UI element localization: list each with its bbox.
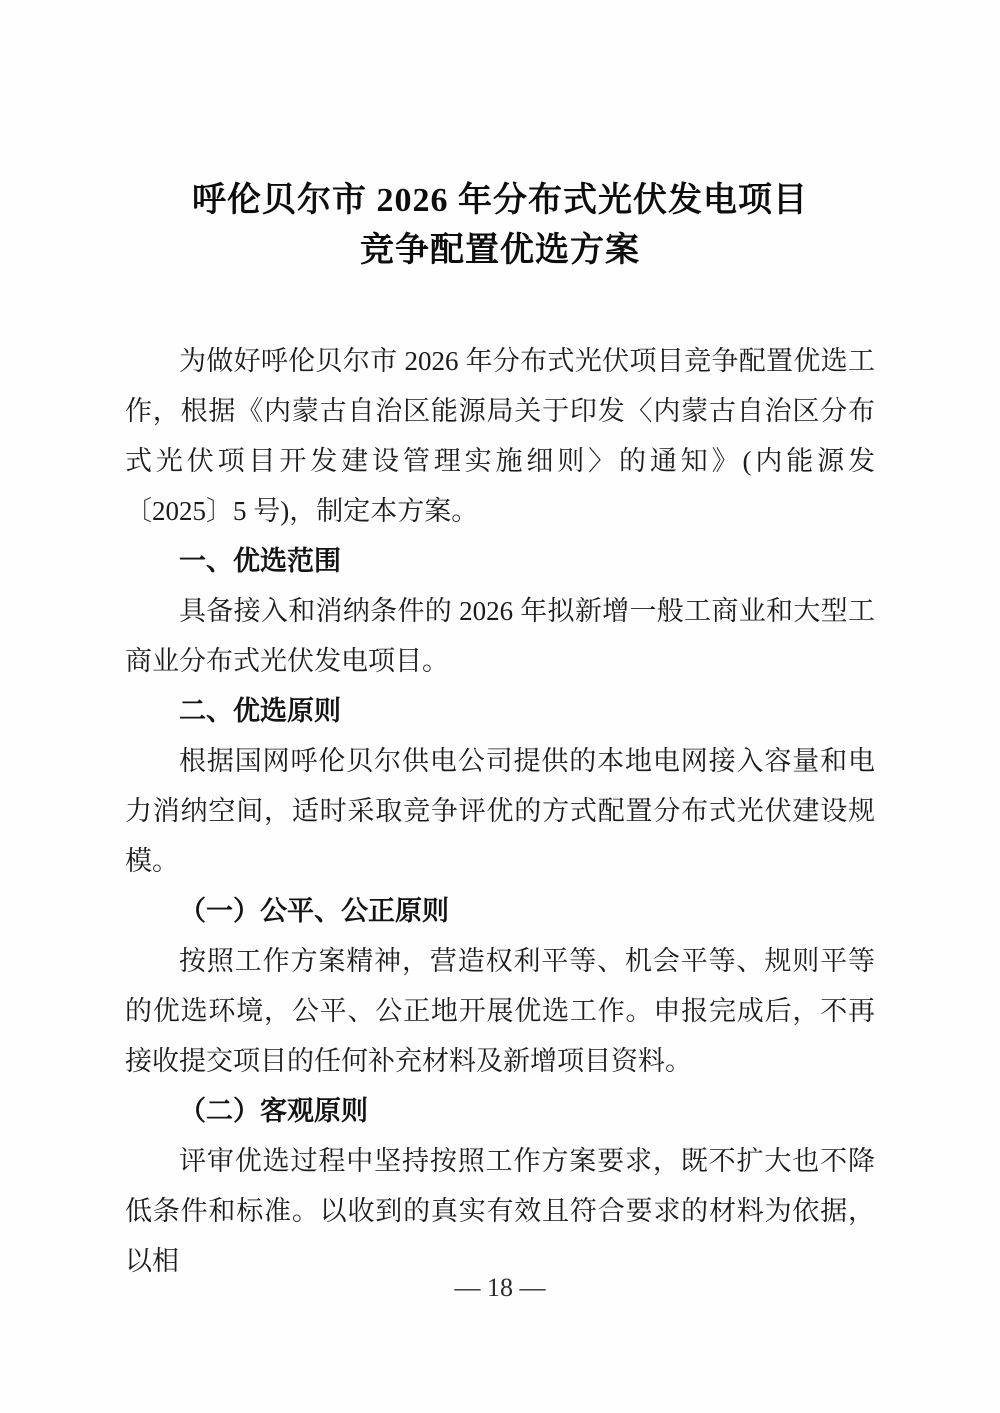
- document-title-line-2: 竞争配置优选方案: [125, 226, 875, 276]
- document-title: 呼伦贝尔市 2026 年分布式光伏发电项目 竞争配置优选方案: [125, 176, 875, 276]
- section-heading-2: 二、优选原则: [125, 686, 875, 736]
- paragraph-scope: 具备接入和消纳条件的 2026 年拟新增一般工商业和大型工商业分布式光伏发电项目…: [125, 586, 875, 686]
- document-page: 呼伦贝尔市 2026 年分布式光伏发电项目 竞争配置优选方案 为做好呼伦贝尔市 …: [0, 0, 1000, 1413]
- document-title-line-1: 呼伦贝尔市 2026 年分布式光伏发电项目: [125, 176, 875, 226]
- section-heading-1: 一、优选范围: [125, 536, 875, 586]
- paragraph-principles-intro: 根据国网呼伦贝尔供电公司提供的本地电网接入容量和电力消纳空间，适时采取竞争评优的…: [125, 736, 875, 886]
- subsection-heading-1: （一）公平、公正原则: [125, 886, 875, 936]
- paragraph-fairness: 按照工作方案精神，营造权利平等、机会平等、规则平等的优选环境，公平、公正地开展优…: [125, 936, 875, 1086]
- page-number: — 18 —: [0, 1272, 1000, 1304]
- subsection-heading-2: （二）客观原则: [125, 1086, 875, 1136]
- document-body: 为做好呼伦贝尔市 2026 年分布式光伏项目竞争配置优选工作，根据《内蒙古自治区…: [125, 336, 875, 1286]
- document-content: 呼伦贝尔市 2026 年分布式光伏发电项目 竞争配置优选方案 为做好呼伦贝尔市 …: [0, 0, 1000, 1286]
- paragraph-objectivity: 评审优选过程中坚持按照工作方案要求，既不扩大也不降低条件和标准。以收到的真实有效…: [125, 1136, 875, 1286]
- paragraph-intro: 为做好呼伦贝尔市 2026 年分布式光伏项目竞争配置优选工作，根据《内蒙古自治区…: [125, 336, 875, 536]
